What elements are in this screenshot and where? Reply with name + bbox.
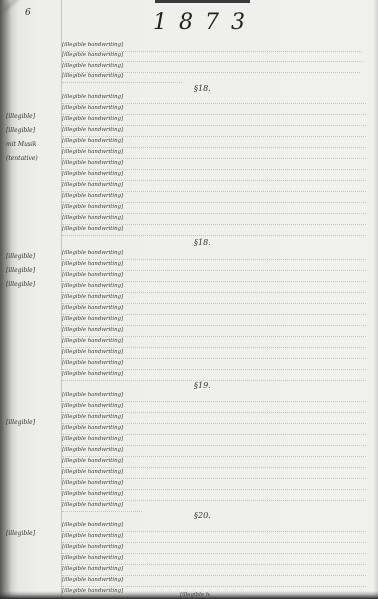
margin-note: [illegible] xyxy=(6,416,64,430)
body-line: [illegible handwriting] xyxy=(62,261,366,271)
body-line: [illegible handwriting] xyxy=(62,193,366,203)
body-line: [illegible handwriting] xyxy=(62,360,366,370)
body-line: [illegible handwriting] xyxy=(62,544,366,554)
body-line: [illegible handwriting] xyxy=(62,182,366,192)
body-line: [illegible handwriting] xyxy=(62,215,366,225)
body-line: [illegible handwriting] xyxy=(62,52,364,62)
body-line: [illegible handwriting] xyxy=(62,533,366,543)
body-line: [illegible handwriting] xyxy=(62,94,366,104)
margin-note-line: [illegible] xyxy=(6,250,64,264)
margin-note: [illegible] [illegible] [illegible] xyxy=(6,250,64,292)
section-mark: §18. xyxy=(194,84,211,93)
body-line: [illegible handwriting] xyxy=(62,160,366,170)
margin-note-line: [illegible] xyxy=(6,527,64,541)
body-line: [illegible handwriting] xyxy=(62,447,366,457)
body-line: [illegible handwriting] xyxy=(62,338,366,348)
body-line: [illegible handwriting] xyxy=(62,250,366,260)
section-mark: §20. xyxy=(194,511,211,520)
page-number: 6 xyxy=(25,8,31,18)
body-line: [illegible handwriting] xyxy=(62,73,182,83)
margin-note-line: [illegible] xyxy=(6,278,64,292)
body-line: [illegible handwriting] xyxy=(62,588,366,598)
body-line: [illegible handwriting] xyxy=(62,105,366,115)
body-line: [illegible handwriting] xyxy=(62,171,366,181)
body-line: [illegible handwriting] xyxy=(62,138,366,148)
body-line: [illegible handwriting] xyxy=(62,204,366,214)
body-line: [illegible handwriting] xyxy=(62,327,366,337)
body-line: [illegible handwriting] xyxy=(62,414,366,424)
body-line: [illegible handwriting] xyxy=(62,403,366,413)
margin-note-line: [illegible] xyxy=(6,124,64,138)
body-line: [illegible handwriting] xyxy=(62,349,366,359)
body-line: [illegible handwriting] xyxy=(62,116,366,126)
body-line: [illegible handwriting] xyxy=(62,458,366,468)
year-heading: 1873 xyxy=(150,10,260,35)
right-page-edge xyxy=(373,0,378,599)
manuscript-page: 6 1873 [illegible handwriting] [illegibl… xyxy=(0,0,378,599)
body-line: [illegible handwriting] xyxy=(62,226,366,236)
body-line: [illegible handwriting] xyxy=(62,522,366,532)
section-mark: §19. xyxy=(194,381,211,390)
binding-shadow xyxy=(0,0,18,599)
body-line: [illegible handwriting] xyxy=(62,566,366,576)
margin-note-line: [illegible] xyxy=(6,416,64,430)
body-line: [illegible handwriting] xyxy=(62,392,366,402)
margin-note-line: [illegible] xyxy=(6,110,64,124)
body-line: [illegible handwriting] xyxy=(180,592,210,599)
body-line: [illegible handwriting] xyxy=(62,555,366,565)
body-line: [illegible handwriting] xyxy=(62,63,360,73)
body-line: [illegible handwriting] xyxy=(62,283,366,293)
top-edge-strip xyxy=(155,0,250,3)
body-line: [illegible handwriting] xyxy=(62,371,366,381)
body-line: [illegible handwriting] xyxy=(62,491,366,501)
body-line: [illegible handwriting] xyxy=(62,436,366,446)
body-line: [illegible handwriting] xyxy=(62,316,366,326)
body-line: [illegible handwriting] xyxy=(62,305,366,315)
body-line: [illegible handwriting] xyxy=(62,272,366,282)
margin-note-line: [illegible] xyxy=(6,264,64,278)
body-line: [illegible handwriting] xyxy=(62,294,366,304)
body-line: [illegible handwriting] xyxy=(62,469,366,479)
body-line: [illegible handwriting] xyxy=(62,149,366,159)
body-line: [illegible handwriting] xyxy=(62,502,142,512)
margin-note: [illegible] xyxy=(6,527,64,541)
section-mark: §18. xyxy=(194,238,211,247)
margin-note: [illegible] [illegible] mit Musik (tenta… xyxy=(6,110,64,166)
body-line: [illegible handwriting] xyxy=(62,577,366,587)
body-line: [illegible handwriting] xyxy=(62,42,362,52)
body-line: [illegible handwriting] xyxy=(62,480,366,490)
margin-note-line: mit Musik (tentative) xyxy=(6,138,64,166)
body-line: [illegible handwriting] xyxy=(62,127,366,137)
body-line: [illegible handwriting] xyxy=(62,425,366,435)
